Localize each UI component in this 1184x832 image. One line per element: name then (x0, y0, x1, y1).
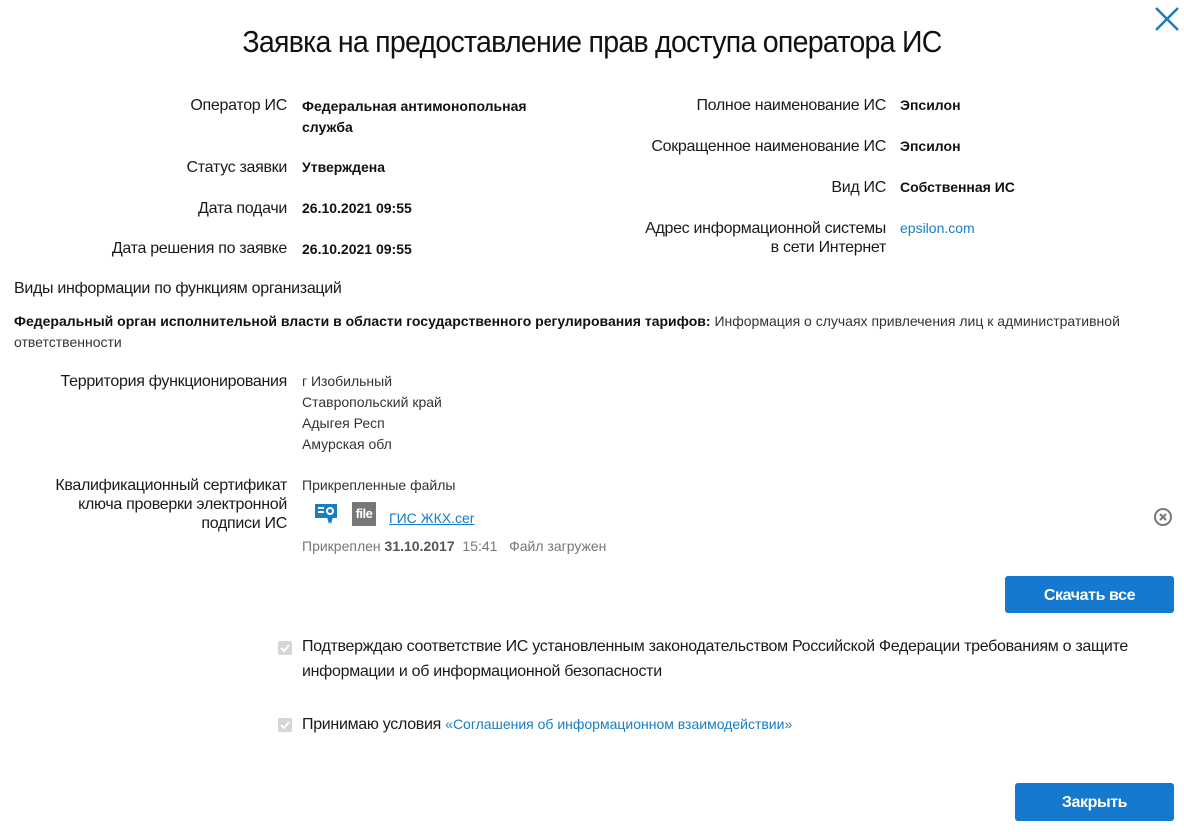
accept-terms-text: Принимаю условия «Соглашения об информац… (302, 712, 792, 737)
dialog-title: Заявка на предоставление прав доступа оп… (47, 24, 1136, 60)
check-icon (278, 641, 292, 655)
download-all-button[interactable]: Скачать все (1005, 576, 1174, 613)
accept-terms-checkbox[interactable] (278, 718, 292, 732)
territory-item: Ставропольский край (302, 392, 442, 413)
operator-value: Федеральная антимонопольная служба (302, 96, 562, 138)
file-icon: file (352, 502, 376, 526)
attached-date: 31.10.2017 (385, 538, 455, 554)
decision-date-label: Дата решения по заявке (60, 239, 287, 258)
decision-date-value: 26.10.2021 09:55 (302, 239, 412, 260)
attached-files-heading: Прикрепленные файлы (302, 477, 455, 493)
is-type-value: Собственная ИС (900, 177, 1015, 198)
file-name-link[interactable]: ГИС ЖКХ.cer (389, 510, 474, 526)
attached-prefix: Прикреплен (302, 538, 381, 554)
close-x-icon[interactable] (1152, 4, 1182, 34)
short-name-value: Эпсилон (900, 136, 961, 157)
accept-terms-label: Принимаю условия (302, 716, 441, 733)
full-name-value: Эпсилон (900, 95, 961, 116)
territory-list: г Изобильный Ставропольский край Адыгея … (302, 371, 442, 455)
agreement-link[interactable]: «Соглашения об информационном взаимодейс… (445, 716, 792, 732)
territory-label: Территория функционирования (40, 372, 287, 391)
territory-item: Амурская обл (302, 434, 442, 455)
full-name-label: Полное наименование ИС (600, 96, 886, 115)
close-button[interactable]: Закрыть (1015, 783, 1174, 821)
file-meta: Прикреплен 31.10.2017 15:41 Файл загруже… (302, 538, 606, 554)
territory-item: г Изобильный (302, 371, 442, 392)
territory-item: Адыгея Респ (302, 413, 442, 434)
is-type-label: Вид ИС (600, 178, 886, 197)
remove-circle-icon[interactable] (1153, 507, 1173, 527)
upload-status: Файл загружен (509, 538, 606, 554)
address-label: Адрес информационной системы в сети Инте… (640, 219, 886, 257)
certificate-label: Квалификационный сертификат ключа провер… (40, 476, 287, 533)
confirm-compliance-text: Подтверждаю соответствие ИС установленны… (302, 634, 1152, 684)
info-types-entry: Федеральный орган исполнительной власти … (14, 311, 1134, 353)
confirm-compliance-checkbox[interactable] (278, 641, 292, 655)
attached-time: 15:41 (462, 538, 497, 554)
status-value: Утверждена (302, 157, 385, 178)
operator-label: Оператор ИС (60, 96, 287, 115)
submit-date-label: Дата подачи (60, 199, 287, 218)
status-label: Статус заявки (60, 158, 287, 177)
info-types-title: Виды информации по функциям организаций (14, 280, 342, 298)
submit-date-value: 26.10.2021 09:55 (302, 198, 412, 219)
check-icon (278, 718, 292, 732)
info-types-org: Федеральный орган исполнительной власти … (14, 313, 711, 329)
address-link[interactable]: epsilon.com (900, 218, 975, 239)
certificate-icon (315, 503, 337, 525)
short-name-label: Сокращенное наименование ИС (600, 137, 886, 156)
